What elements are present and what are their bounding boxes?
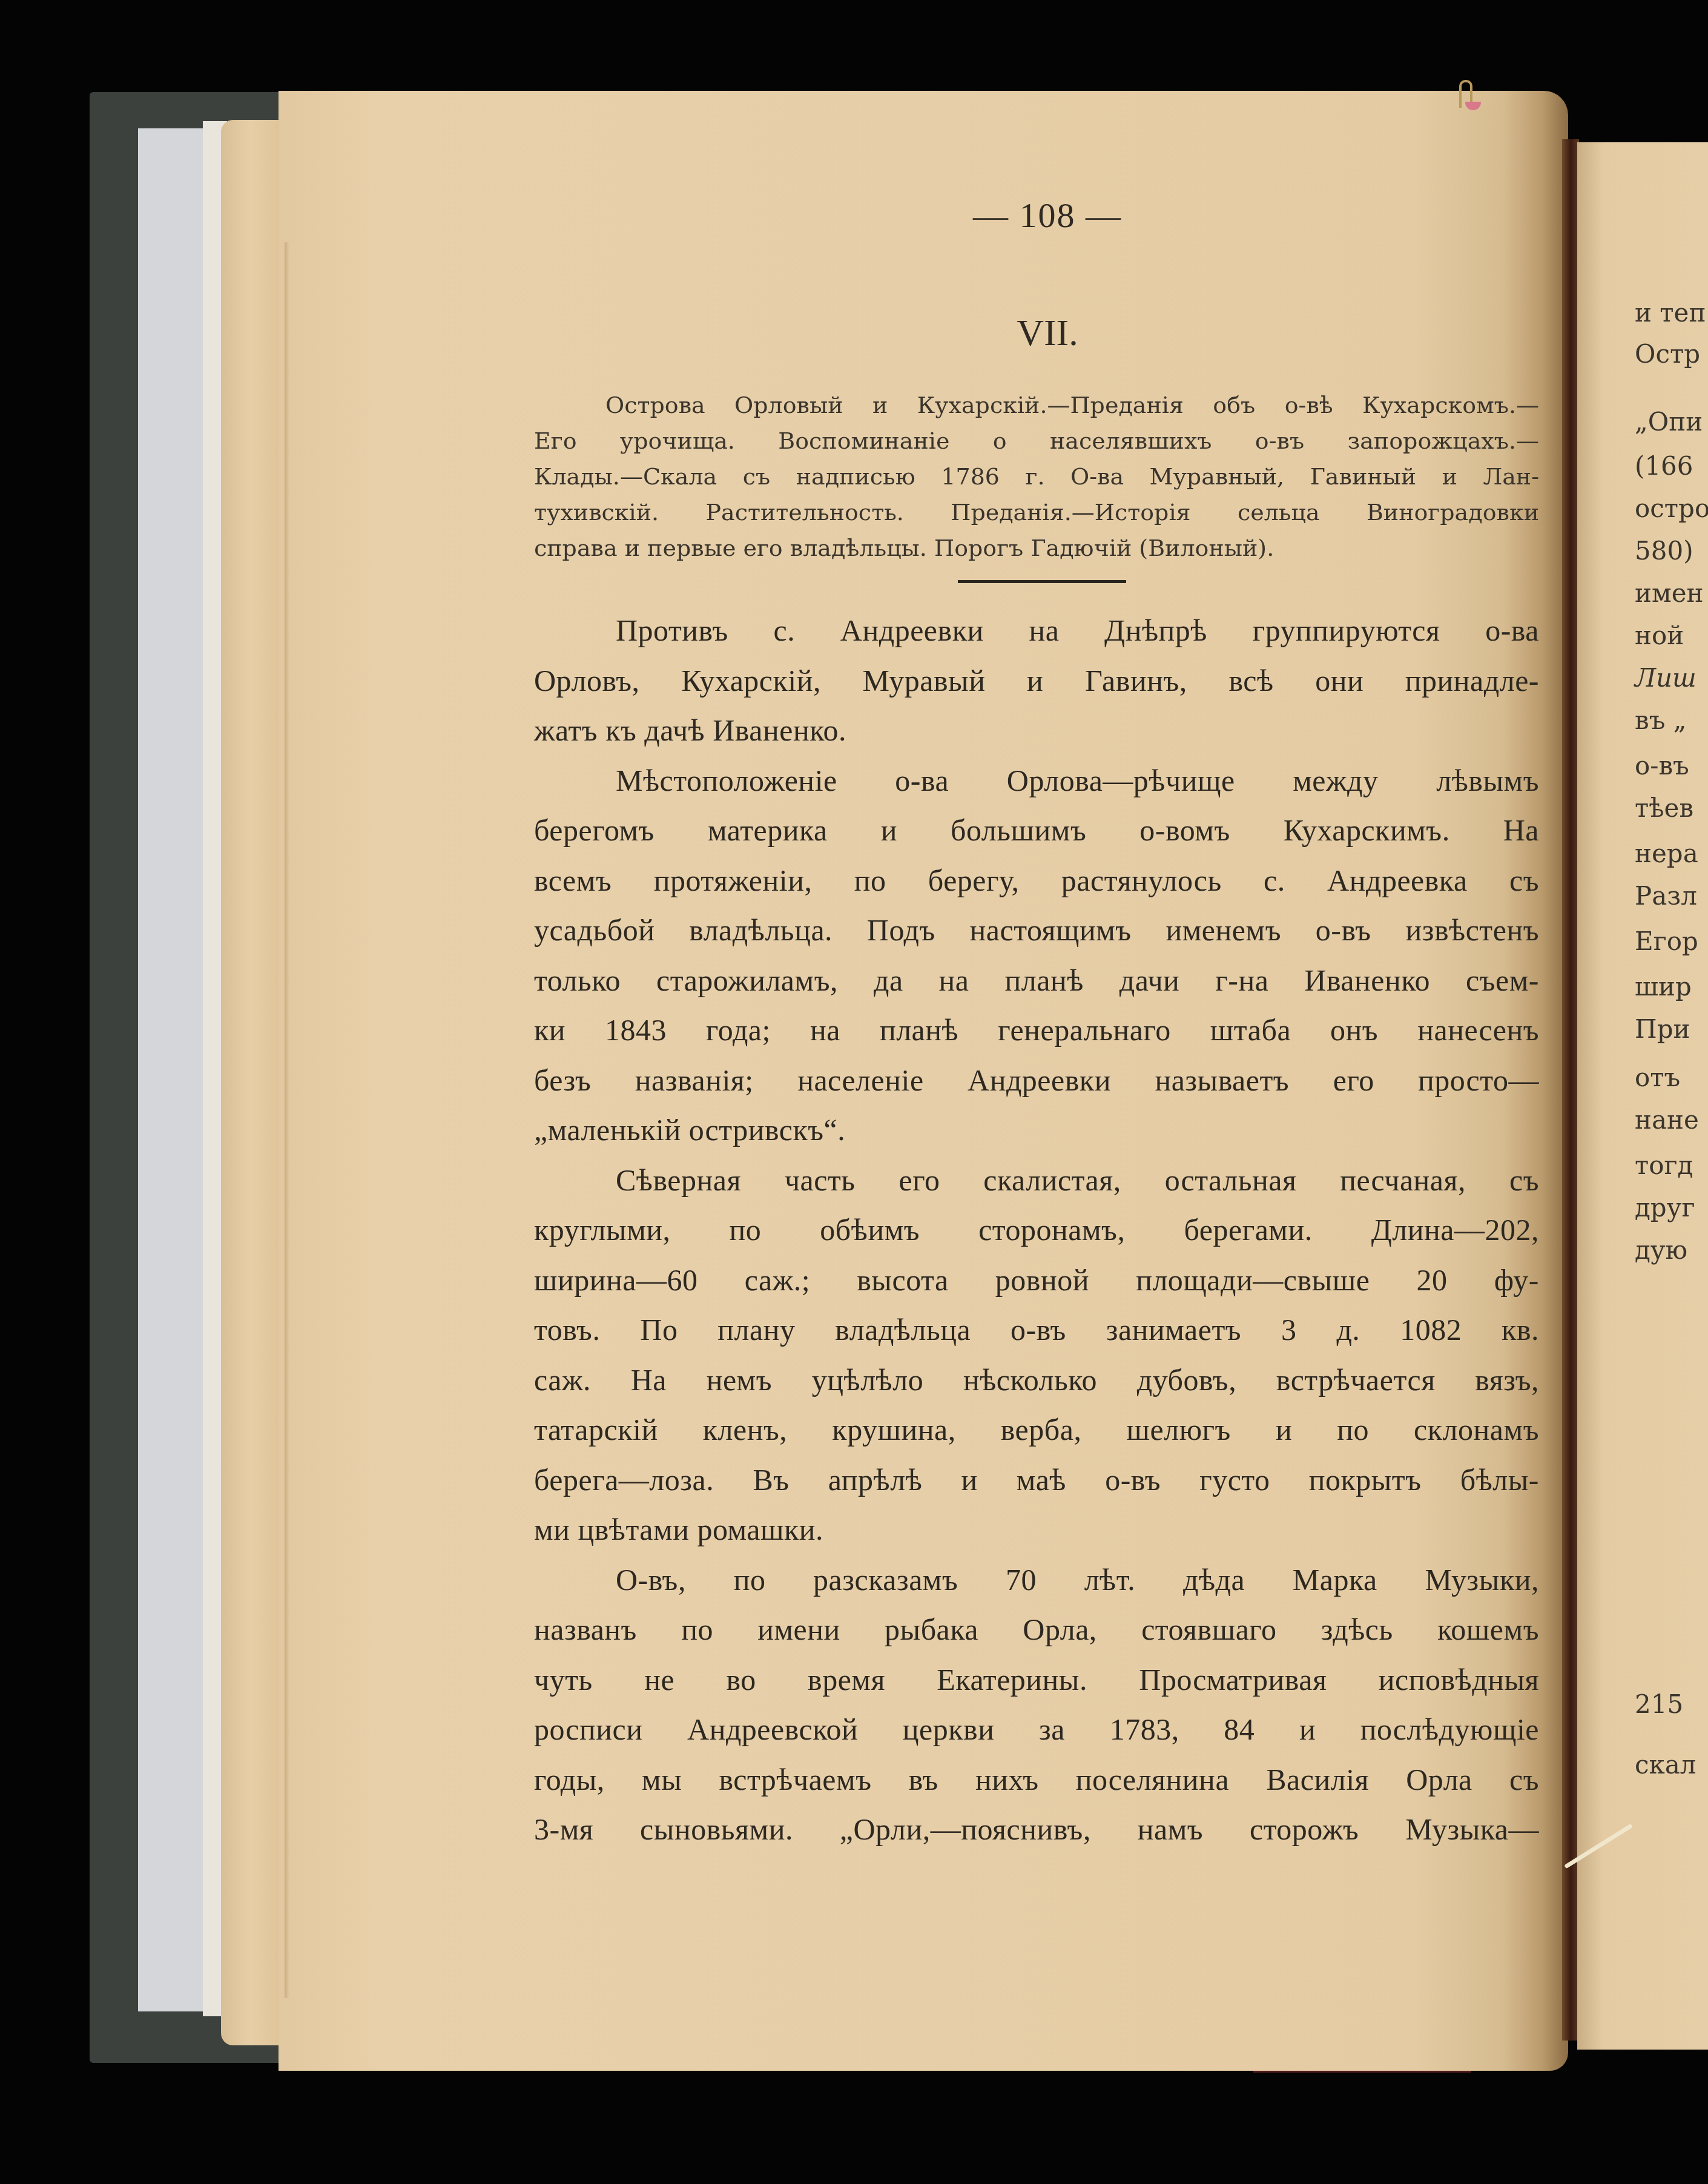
text-line: Сѣверная часть его скалистая, остальная …: [534, 1155, 1539, 1206]
text-line: товъ. По плану владѣльца о-въ занимаетъ …: [534, 1305, 1539, 1355]
fragment-line: дую: [1635, 1235, 1687, 1265]
text-line: саж. На немъ уцѣлѣло нѣсколько дубовъ, в…: [534, 1355, 1539, 1405]
text-line: названъ по имени рыбака Орла, стоявшаго …: [534, 1605, 1539, 1655]
fragment-line: о-въ: [1635, 751, 1689, 780]
fragment-line: и теп: [1635, 298, 1706, 328]
fragment-line: Разл: [1635, 881, 1697, 911]
fragment-line: ной: [1635, 621, 1684, 650]
summary-line: справа и первые его владѣльцы. Порогъ Га…: [534, 530, 1539, 566]
text-line: жатъ къ дачѣ Иваненко.: [534, 705, 1539, 756]
text-line: 3-мя сыновьями. „Орли,—пояснивъ, намъ ст…: [534, 1804, 1539, 1855]
text-line: Мѣстоположеніе о-ва Орлова—рѣчище между …: [534, 756, 1539, 806]
fragment-line: скал: [1635, 1750, 1696, 1780]
text-line: всемъ протяженіи, по берегу, растянулось…: [534, 856, 1539, 906]
fragment-line: тогд: [1635, 1150, 1693, 1180]
summary-line: Острова Орловый и Кухарскій.—Преданія об…: [534, 388, 1539, 423]
chapter-summary: Острова Орловый и Кухарскій.—Преданія об…: [534, 388, 1539, 566]
fragment-line: шир: [1635, 972, 1692, 1001]
text-line: чуть не во время Екатерины. Просматривая…: [534, 1655, 1539, 1705]
summary-line: Клады.—Скала съ надписью 1786 г. О-ва Му…: [534, 459, 1539, 495]
text-line: безъ названія; населеніе Андреевки назыв…: [534, 1055, 1539, 1106]
text-line: ми цвѣтами ромашки.: [534, 1505, 1539, 1555]
text-line: усадьбой владѣльца. Подъ настоящимъ имен…: [534, 905, 1539, 955]
fragment-line: Остр: [1635, 339, 1700, 369]
section-divider: [958, 580, 1126, 583]
fragment-line: „Опи: [1635, 407, 1703, 437]
flyleaf: [138, 128, 208, 2011]
fragment-line: При: [1635, 1014, 1690, 1044]
text-line: Противъ с. Андреевки на Днѣпрѣ группирую…: [534, 605, 1539, 656]
fragment-line: отъ: [1635, 1063, 1680, 1092]
text-line: росписи Андреевской церкви за 1783, 84 и…: [534, 1704, 1539, 1755]
text-line: круглыми, по обѣимъ сторонамъ, берегами.…: [534, 1205, 1539, 1255]
fragment-line: 215: [1635, 1689, 1683, 1719]
book-gutter: [1562, 139, 1579, 2040]
body-text: Противъ с. Андреевки на Днѣпрѣ группирую…: [534, 605, 1539, 1855]
fragment-line: имен: [1635, 578, 1704, 608]
fragment-line: нера: [1635, 839, 1698, 868]
chapter-number: VII.: [945, 312, 1150, 355]
fragment-line: остро: [1635, 493, 1708, 523]
page-number: — 108 —: [945, 195, 1150, 236]
summary-line: тухивскій. Растительность. Преданія.—Ист…: [534, 495, 1539, 530]
text-line: ки 1843 года; на планѣ генеральнаго штаб…: [534, 1005, 1539, 1055]
text-line: О-въ, по разсказамъ 70 лѣт. дѣда Марка М…: [534, 1555, 1539, 1605]
fragment-line: въ „: [1635, 705, 1686, 735]
text-line: годы, мы встрѣчаемъ въ нихъ поселянина В…: [534, 1755, 1539, 1805]
fragment-line: тѣев: [1635, 793, 1693, 823]
page-crease: [285, 242, 289, 1998]
fragment-line: 580): [1635, 536, 1693, 566]
fragment-line: нане: [1635, 1105, 1699, 1135]
fragment-line: Егор: [1635, 926, 1698, 956]
text-line: только старожиламъ, да на планѣ дачи г-н…: [534, 955, 1539, 1006]
text-line: берегомъ материка и большимъ о-вомъ Куха…: [534, 805, 1539, 856]
fragment-line: (166: [1635, 451, 1693, 481]
text-line: берега—лоза. Въ апрѣлѣ и маѣ о-въ густо …: [534, 1455, 1539, 1505]
fragment-line: Лиш: [1635, 663, 1696, 693]
text-line: татарскій кленъ, крушина, верба, шелюгъ …: [534, 1405, 1539, 1455]
summary-line: Его урочища. Воспоминаніе о населявшихъ …: [534, 423, 1539, 459]
text-line: Орловъ, Кухарскій, Муравый и Гавинъ, всѣ…: [534, 656, 1539, 706]
fragment-line: друг: [1635, 1193, 1695, 1222]
text-line: ширина—60 саж.; высота ровной площади—св…: [534, 1255, 1539, 1305]
text-line: „маленькій остривскъ“.: [534, 1105, 1539, 1155]
